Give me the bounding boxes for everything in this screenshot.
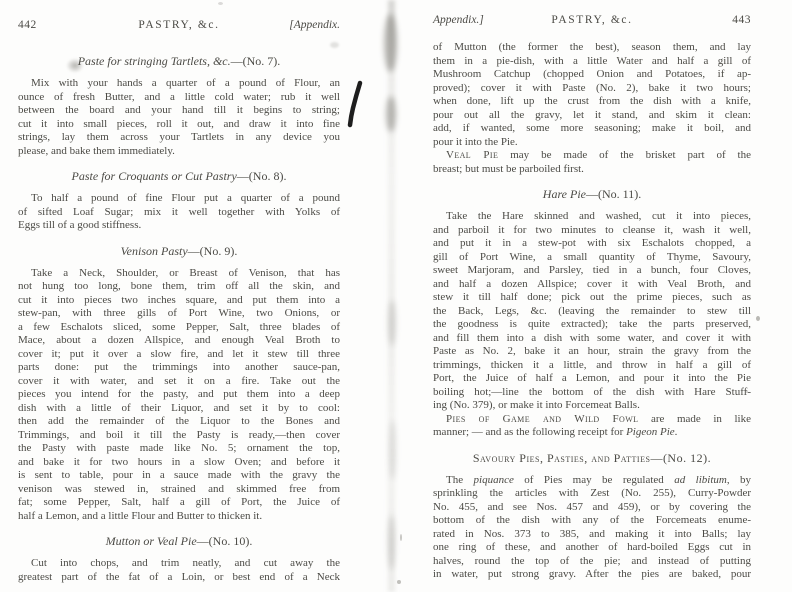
text-line: between the board and your hand till it … [18,104,340,118]
text-line: and parboil it for two minutes to cleans… [433,224,751,238]
right-appendix-label: Appendix.] [433,13,484,27]
gutter-blob [388,300,396,346]
heading-number: —(No. 8). [237,169,287,183]
right-page-header: Appendix.] PASTRY, &c. 443 [433,13,751,28]
scan-speck [756,316,760,321]
text-line: rated in Nos. 373 to 385, and making it … [433,528,751,542]
text-line: fat; some Pepper, Salt, half a gill of P… [18,496,340,510]
text-line: the goodness is quite extracted); take t… [433,318,751,332]
heading-number: —(No. 12). [650,451,711,465]
text-line: dish with a little of their Liquor, and … [18,402,340,416]
text-line: cover it; put it over a slow fire, and l… [18,348,340,362]
left-appendix-label: [Appendix. [289,18,340,32]
text-line: half a Lemon, and a little Flour and But… [18,510,340,524]
heading-number: —(No. 10). [197,534,253,548]
text-line: ounce of fresh Butter, and a little cold… [18,91,340,105]
text-line: Trimmings, and boil it till the Pasty is… [18,429,340,443]
heading-name: Paste for Croquants or Cut Pastry [72,169,237,183]
text-line: manner; — and as the following receipt f… [433,426,751,440]
text-line: Mix with your hands a quarter of a pound… [18,77,340,91]
text-line: halves, round the top of the pie; and in… [433,555,751,569]
heading-name: Paste for stringing Tartlets, &c. [78,54,231,68]
gutter-blob [384,14,397,72]
text-line: stew it till half done; pick out the pri… [433,291,751,305]
text-line: stew-pan, with three gills of Port Wine,… [18,307,340,321]
paragraph: Cut into chops, and trim neatly, and cut… [18,557,340,584]
right-page: Appendix.] PASTRY, &c. 443 of Mutton (th… [433,13,751,582]
text-line: boiling hot;—line the bottom of the dish… [433,386,751,400]
text-line: a few Eschalots sliced, some Pepper, Sal… [18,321,340,335]
text-line: sweet Marjoram, and Parsley, tied in a b… [433,264,751,278]
text-line: Take a Neck, Shoulder, or Breast of Veni… [18,267,340,281]
section-heading: Paste for Croquants or Cut Pastry—(No. 8… [18,169,340,184]
text-line: Mushroom Catchup (chopped Onion and Pota… [433,68,751,82]
text-line: Cut into chops, and trim neatly, and cut… [18,557,340,571]
gutter-streak [388,0,395,592]
text-line: cover it with water, and set it on a fir… [18,375,340,389]
text-line: in water, put strong gravy. After the pi… [433,568,751,582]
paragraph: Veal Pie may be made of the brisket part… [433,149,751,176]
text-line: and half a dozen Allspice; cover it with… [433,278,751,292]
section-heading: Venison Pasty—(No. 9). [18,244,340,259]
left-page: 442 PASTRY, &c. [Appendix. Paste for str… [18,18,340,584]
text-line: and fill them into a dish with some wate… [433,332,751,346]
text-line: not hung too long, bone them, trim off a… [18,280,340,294]
right-running-title: PASTRY, &c. [551,13,632,27]
text-line: please, and bake them immediately. [18,145,340,159]
gutter-blob [389,420,396,480]
text-line: when done, lift up the crust from the di… [433,95,751,109]
text-line: proved); cover it with Paste (No. 2), ba… [433,82,751,96]
pen-stroke-icon [346,80,368,128]
left-page-number: 442 [18,18,37,32]
section-heading: Hare Pie—(No. 11). [433,187,751,202]
section-heading: Paste for stringing Tartlets, &c.—(No. 7… [18,54,340,69]
scan-speck [400,534,402,541]
text-line: is sent to table, pour in a sauce made w… [18,469,340,483]
text-line: of Mutton (the former the best), season … [433,41,751,55]
text-line: cut it into small pieces, roll it out, a… [18,118,340,132]
text-line: greatest part of the fat of a Loin, or b… [18,571,340,585]
text-line: the Pasty with paste made like No. 5; or… [18,442,340,456]
right-page-body: of Mutton (the former the best), season … [433,41,751,582]
heading-name: Savoury Pies, Pasties, and Patties [473,451,651,465]
text-line: Eggs till of a good stiffness. [18,219,340,233]
paragraph: Take the Hare skinned and washed, cut it… [433,210,751,413]
text-line: them in a pie-dish, with a little Water … [433,55,751,69]
text-line: the Back, Legs, &c. (leaving the remaind… [433,305,751,319]
heading-number: —(No. 9). [188,244,238,258]
text-line: Port, the Juice of half a Lemon, and pou… [433,372,751,386]
paragraph: of Mutton (the former the best), season … [433,41,751,149]
left-page-header: 442 PASTRY, &c. [Appendix. [18,18,340,33]
left-running-title: PASTRY, &c. [138,18,219,32]
heading-number: —(No. 7). [231,54,281,68]
book-scan: 442 PASTRY, &c. [Appendix. Paste for str… [0,0,792,592]
text-line: pour it into the Pie. [433,136,751,150]
text-line: cut it into pieces two inches square, an… [18,294,340,308]
text-line: Veal Pie may be made of the brisket part… [433,149,751,163]
text-line: Paste as No. 2, bake it an hour, strain … [433,345,751,359]
paragraph: Pies of Game and Wild Fowl are made in l… [433,413,751,440]
text-line: strings, lay them across your Tartlets i… [18,131,340,145]
text-line: Mace, about a dozen Allspice, and enough… [18,334,340,348]
paragraph: The piquance of Pies may be regulated ad… [433,474,751,582]
section-heading: Savoury Pies, Pasties, and Patties—(No. … [433,451,751,466]
text-line: No. 455, and see Nos. 457 and 459), or b… [433,501,751,515]
text-line: Pies of Game and Wild Fowl are made in l… [433,413,751,427]
text-line: parts done: put the trimmings into anoth… [18,361,340,375]
text-line: gill of Port Wine, a small quantity of T… [433,251,751,265]
text-line: pour out all the gravy, let it stand, an… [433,109,751,123]
text-line: of sifted Loaf Sugar; mix it well togeth… [18,206,340,220]
text-line: bottom of the dish with any of the Force… [433,514,751,528]
text-line: To half a pound of fine Flour put a quar… [18,192,340,206]
paragraph: To half a pound of fine Flour put a quar… [18,192,340,233]
text-line: ing (No. 379), or make it into Forcemeat… [433,399,751,413]
text-line: The piquance of Pies may be regulated ad… [433,474,751,488]
heading-name: Venison Pasty [121,244,188,258]
text-line: trimmings, thicken it a little, and thro… [433,359,751,373]
text-line: add, if wanted, some more seasoning; mak… [433,122,751,136]
text-line: and bake it for two hours in a slow Oven… [18,456,340,470]
text-line: venison was stewed in, strained and skim… [18,483,340,497]
binding-gutter-smudge [372,0,418,592]
gutter-blob [388,515,395,570]
text-line: and put it in a stew-pot with six Eschal… [433,237,751,251]
heading-name: Mutton or Veal Pie [106,534,197,548]
right-page-number: 443 [732,13,751,27]
text-line: pieces you intend for the pasty, and put… [18,388,340,402]
text-line: one ring of these, and another of hard-b… [433,541,751,555]
section-heading: Mutton or Veal Pie—(No. 10). [18,534,340,549]
gutter-blob [386,96,396,132]
pen-stroke-mark [346,80,368,128]
text-line: sprinkling the articles with Zest (No. 2… [433,487,751,501]
heading-number: —(No. 11). [586,187,641,201]
text-line: breast; but must be parboiled first. [433,163,751,177]
left-page-body: Paste for stringing Tartlets, &c.—(No. 7… [18,54,340,584]
heading-name: Hare Pie [543,187,586,201]
scan-speck [397,580,401,584]
scan-speck [218,2,223,5]
paragraph: Take a Neck, Shoulder, or Breast of Veni… [18,267,340,524]
text-line: Take the Hare skinned and washed, cut it… [433,210,751,224]
paragraph: Mix with your hands a quarter of a pound… [18,77,340,158]
text-line: then add the remainder of the Liquor to … [18,415,340,429]
